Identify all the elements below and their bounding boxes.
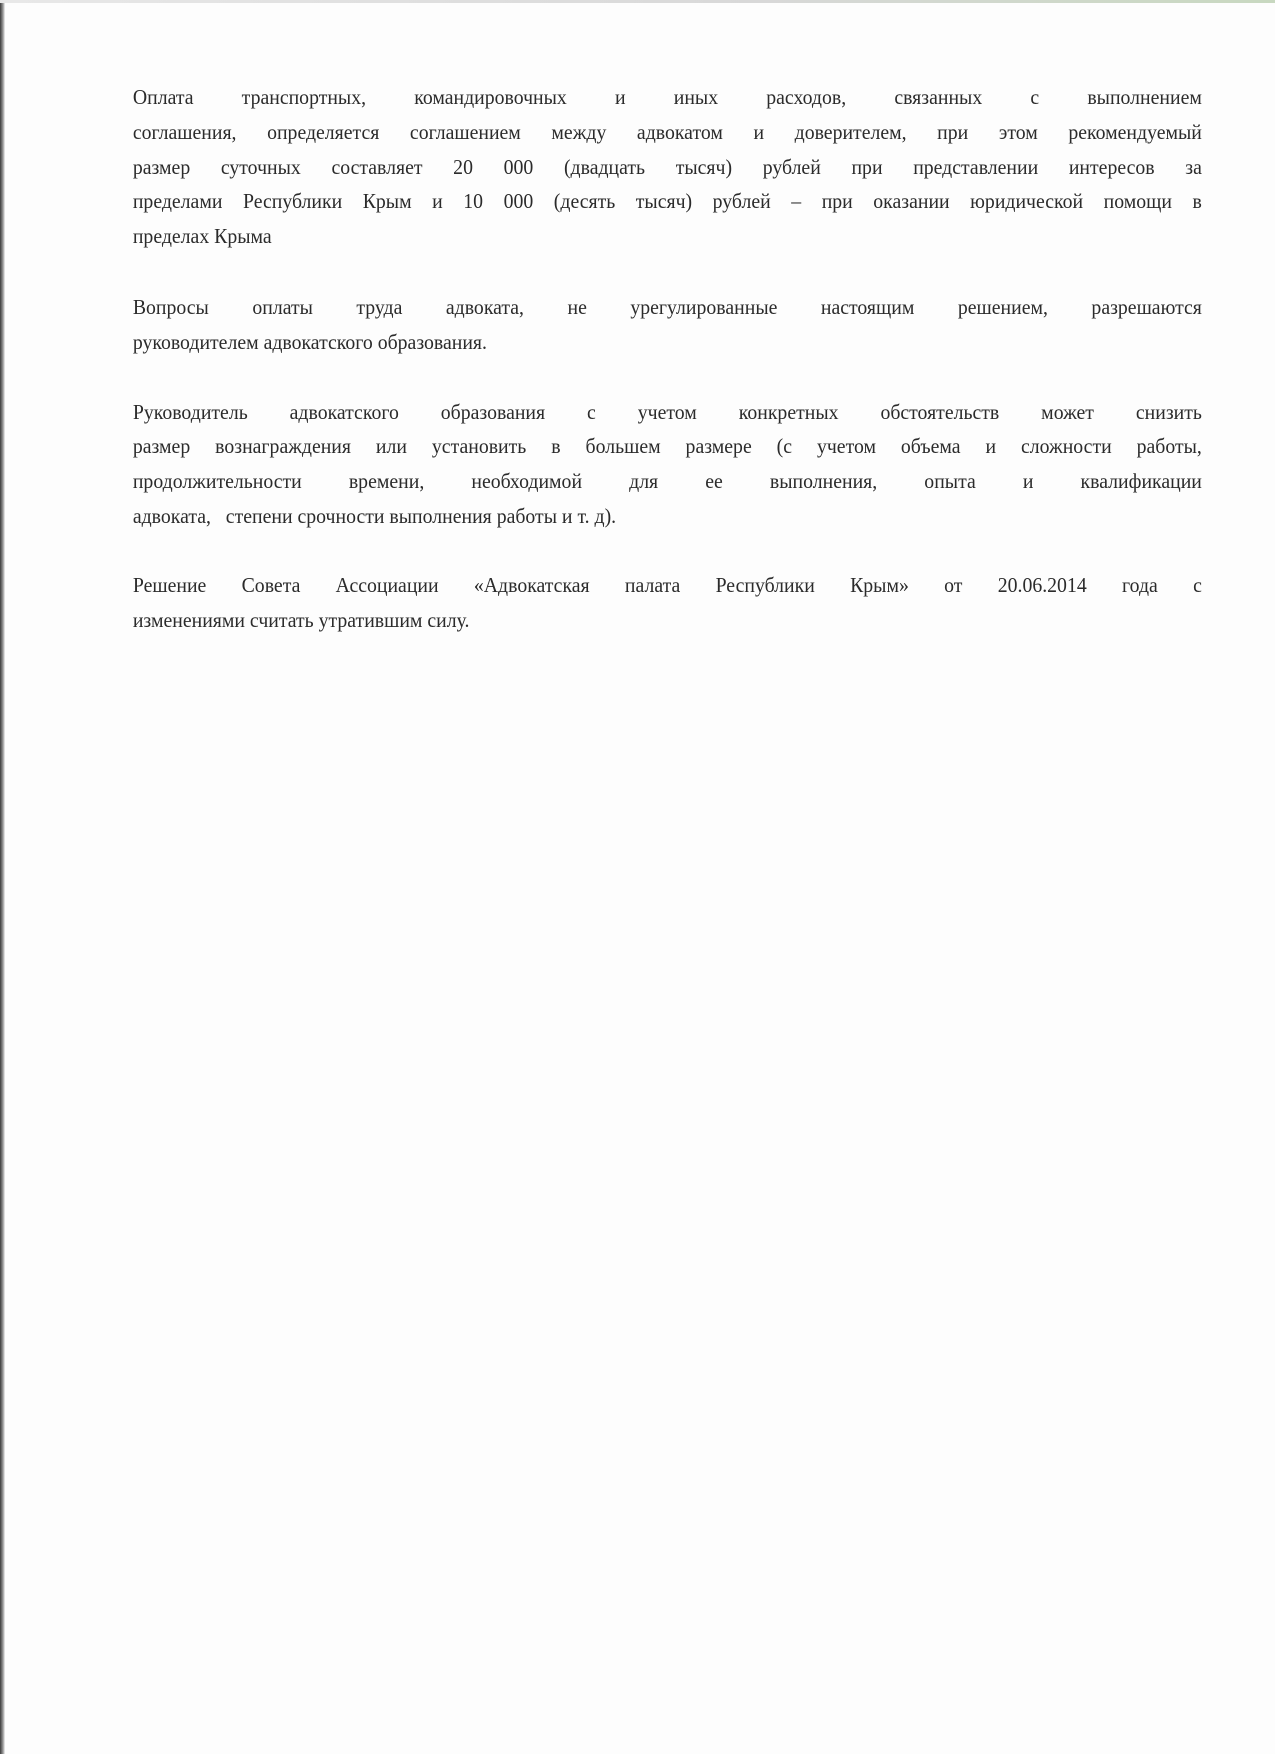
paragraph-travel-expenses: Оплата транспортных, командировочных и и…: [108, 80, 1202, 254]
text-line: Оплата транспортных, командировочных и и…: [108, 80, 1202, 115]
text-line: Решение Совета Ассоциации «Адвокатская п…: [108, 568, 1202, 603]
paragraph-unregulated-issues: Вопросы оплаты труда адвоката, не урегул…: [108, 290, 1202, 360]
text-line: адвоката, степени срочности выполнения р…: [108, 499, 1202, 534]
paragraph-repeal-previous-decision: Решение Совета Ассоциации «Адвокатская п…: [108, 568, 1202, 638]
document-page: Оплата транспортных, командировочных и и…: [108, 80, 1202, 671]
scan-edge-top: [0, 0, 1275, 3]
text-line: пределах Крыма: [108, 219, 1202, 254]
text-line: продолжительности времени, необходимой д…: [108, 464, 1202, 499]
text-line: руководителем адвокатского образования.: [108, 325, 1202, 360]
text-line: Руководитель адвокатского образования с …: [108, 395, 1202, 430]
text-line: размер вознаграждения или установить в б…: [108, 429, 1202, 464]
text-line: пределами Республики Крым и 10 000 (деся…: [108, 184, 1202, 219]
scan-edge-left: [0, 0, 5, 1754]
paragraph-fee-adjustment: Руководитель адвокатского образования с …: [108, 395, 1202, 534]
text-line: размер суточных составляет 20 000 (двадц…: [108, 150, 1202, 185]
text-line: Вопросы оплаты труда адвоката, не урегул…: [108, 290, 1202, 325]
text-line: изменениями считать утратившим силу.: [108, 603, 1202, 638]
text-line: соглашения, определяется соглашением меж…: [108, 115, 1202, 150]
